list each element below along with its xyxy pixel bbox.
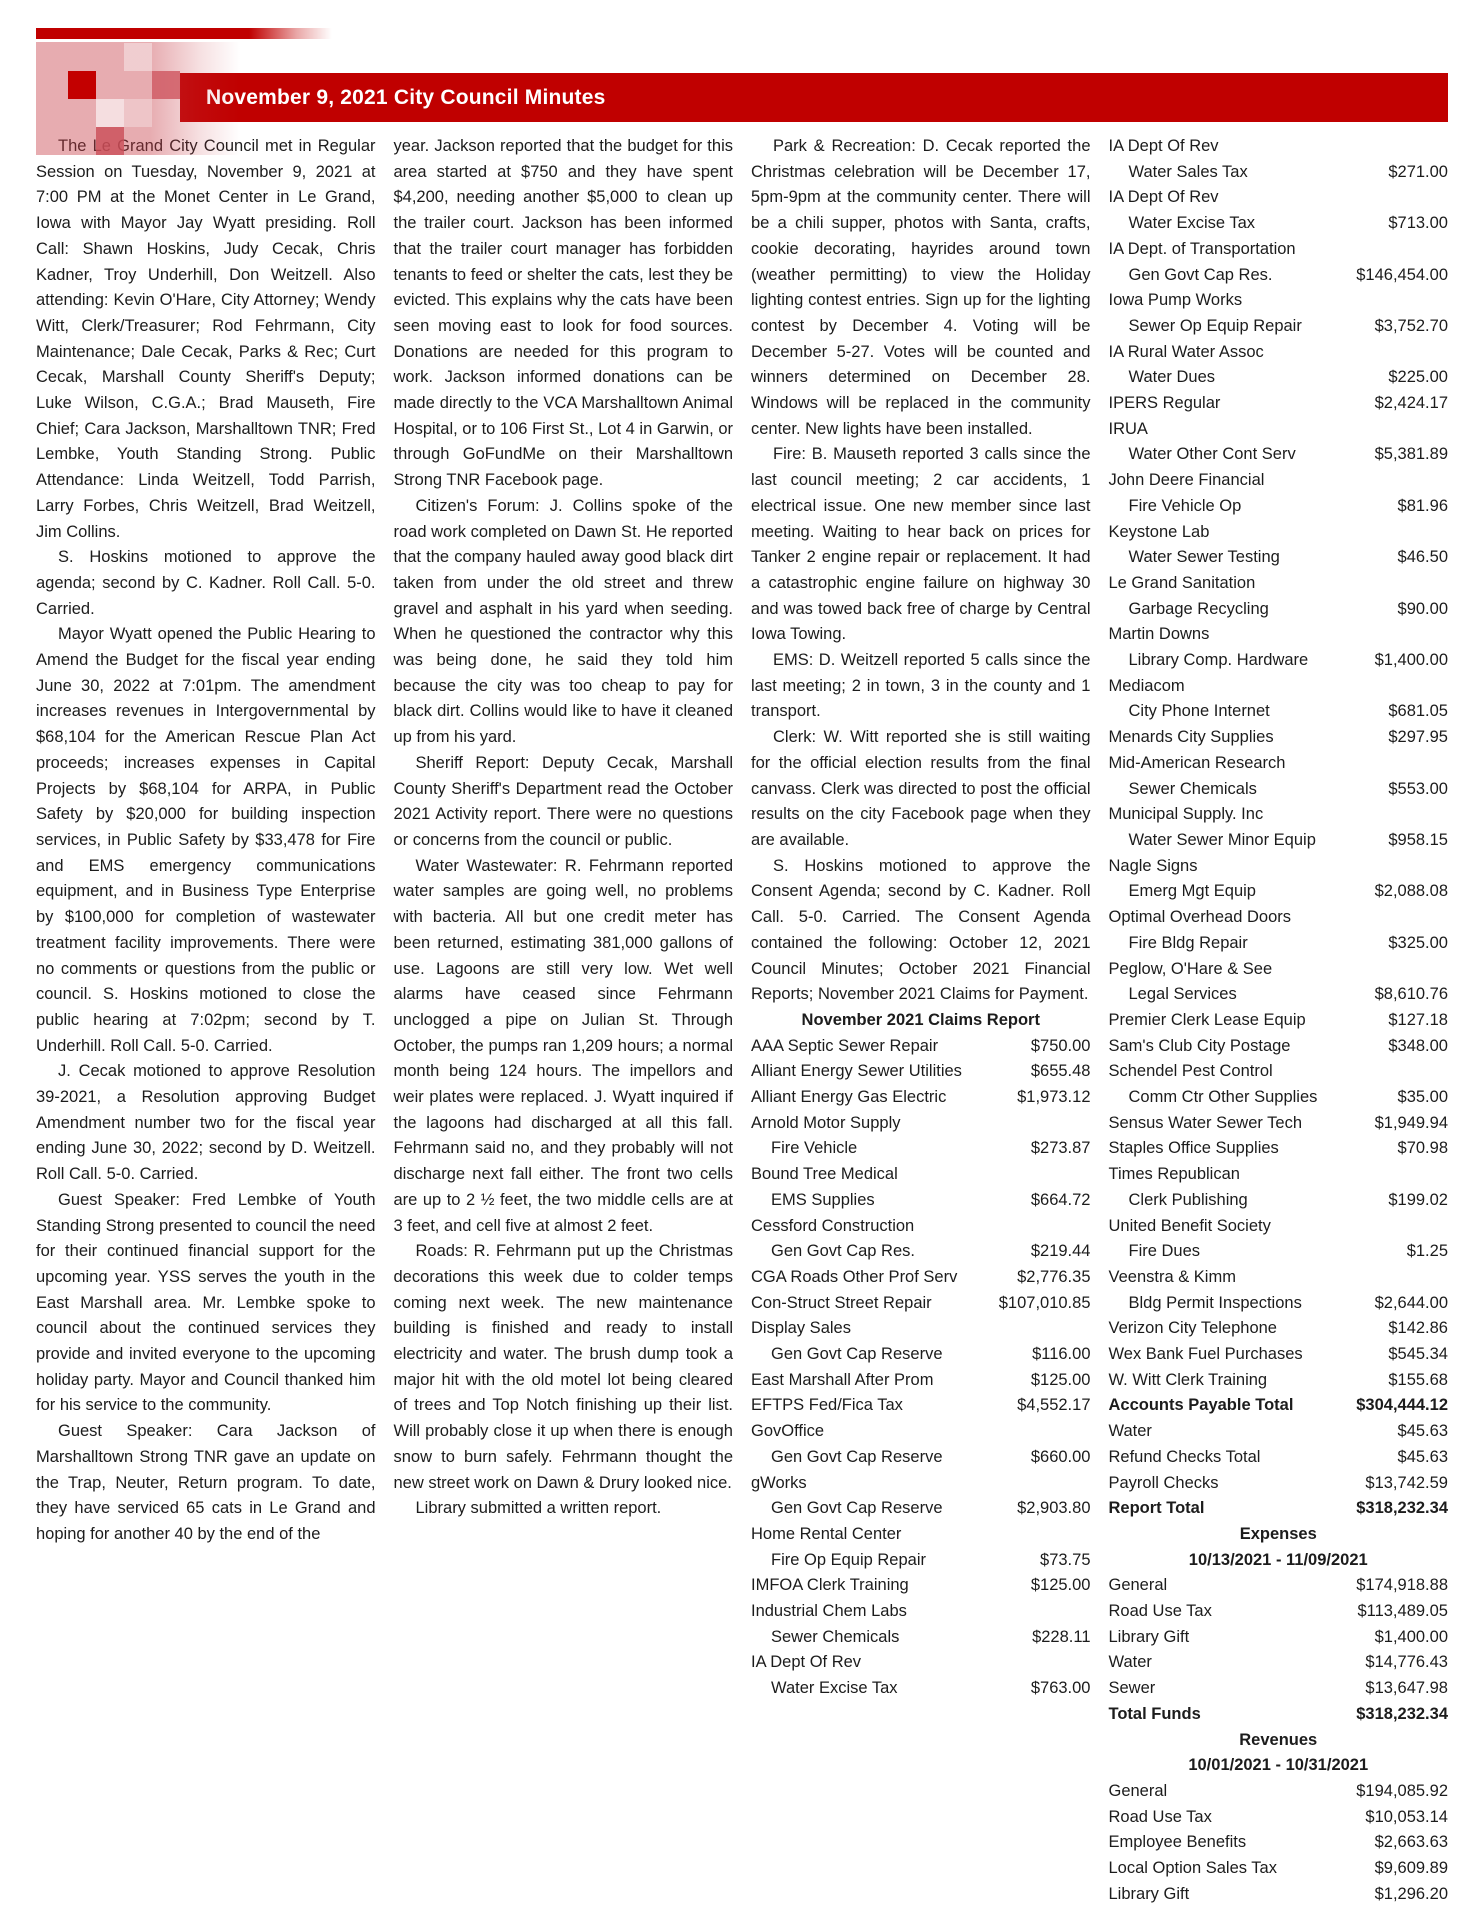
- claim-row: Optimal Overhead Doors: [1109, 905, 1449, 931]
- claim-amount: $3,752.70: [1375, 314, 1448, 340]
- minutes-paragraph: J. Cecak motioned to approve Resolution …: [36, 1059, 376, 1188]
- minutes-paragraph: Clerk: W. Witt reported she is still wai…: [751, 725, 1091, 854]
- claim-amount: $750.00: [1031, 1034, 1091, 1060]
- claim-label: City Phone Internet: [1109, 699, 1270, 725]
- claim-label: 10/01/2021 - 10/31/2021: [1188, 1753, 1368, 1779]
- claim-label: 10/13/2021 - 11/09/2021: [1189, 1548, 1368, 1574]
- claim-row: Menards City Supplies $297.95: [1109, 725, 1449, 751]
- claim-row: Refund Checks Total $45.63: [1109, 1445, 1449, 1471]
- claim-row: Fire Vehicle $273.87: [751, 1136, 1091, 1162]
- claim-amount: $325.00: [1388, 931, 1448, 957]
- claim-label: Gen Govt Cap Reserve: [751, 1445, 943, 1471]
- claim-amount: $116.00: [1032, 1342, 1090, 1368]
- claim-amount: $1,973.12: [1017, 1085, 1090, 1111]
- claim-label: Water: [1109, 1419, 1152, 1445]
- claim-label: gWorks: [751, 1471, 807, 1497]
- claim-amount: $70.98: [1398, 1136, 1448, 1162]
- claim-row: Gen Govt Cap Res. $219.44: [751, 1239, 1091, 1265]
- claim-amount: $1,949.94: [1375, 1111, 1448, 1137]
- claim-label: Water Sewer Testing: [1109, 545, 1280, 571]
- claim-label: Water Excise Tax: [751, 1676, 898, 1702]
- claim-row: IMFOA Clerk Training $125.00: [751, 1573, 1091, 1599]
- claim-row: IRUA: [1109, 417, 1449, 443]
- claim-row: Staples Office Supplies $70.98: [1109, 1136, 1449, 1162]
- masthead-banner: November 9, 2021 City Council Minutes: [180, 73, 1448, 122]
- claim-row: Water $45.63: [1109, 1419, 1449, 1445]
- claim-amount: $8,610.76: [1375, 982, 1448, 1008]
- claim-label: AAA Septic Sewer Repair: [751, 1034, 938, 1060]
- claim-label: Optimal Overhead Doors: [1109, 905, 1292, 931]
- newsletter-page: November 9, 2021 City Council Minutes Th…: [0, 0, 1484, 1920]
- minutes-paragraph: Roads: R. Fehrmann put up the Christmas …: [394, 1239, 734, 1496]
- claim-row: IA Dept. of Transportation: [1109, 237, 1449, 263]
- claim-label: Sewer: [1109, 1676, 1156, 1702]
- claim-label: Sewer Op Equip Repair: [1109, 314, 1302, 340]
- claim-label: Fire Bldg Repair: [1109, 931, 1248, 957]
- claim-amount: $304,444.12: [1356, 1393, 1448, 1419]
- claim-label: IA Dept Of Rev: [1109, 134, 1219, 160]
- claim-label: Martin Downs: [1109, 622, 1210, 648]
- claim-amount: $713.00: [1388, 211, 1448, 237]
- claim-amount: $2,776.35: [1017, 1265, 1090, 1291]
- claim-label: Road Use Tax: [1109, 1599, 1212, 1625]
- claim-amount: $1.25: [1407, 1239, 1448, 1265]
- claim-row: IA Dept Of Rev: [1109, 185, 1449, 211]
- claim-row: Gen Govt Cap Res. $146,454.00: [1109, 263, 1449, 289]
- claim-row: Sam's Club City Postage $348.00: [1109, 1034, 1449, 1060]
- claim-label: Road Use Tax: [1109, 1805, 1212, 1831]
- claim-row: Nagle Signs: [1109, 854, 1449, 880]
- claim-row: Water Excise Tax $713.00: [1109, 211, 1449, 237]
- claim-amount: $45.63: [1398, 1445, 1448, 1471]
- claim-label: General: [1109, 1573, 1168, 1599]
- claim-label: GovOffice: [751, 1419, 824, 1445]
- claim-label: Fire Vehicle Op: [1109, 494, 1242, 520]
- claim-amount: $14,776.43: [1365, 1650, 1448, 1676]
- claim-row: Wex Bank Fuel Purchases $545.34: [1109, 1342, 1449, 1368]
- claim-row: Clerk Publishing $199.02: [1109, 1188, 1449, 1214]
- claim-label: Veenstra & Kimm: [1109, 1265, 1236, 1291]
- claim-amount: $318,232.34: [1356, 1702, 1448, 1728]
- claim-amount: $4,552.17: [1017, 1393, 1090, 1419]
- claim-label: Le Grand Sanitation: [1109, 571, 1256, 597]
- claim-amount: $273.87: [1031, 1136, 1091, 1162]
- claim-amount: $194,085.92: [1356, 1779, 1448, 1805]
- claim-amount: $660.00: [1031, 1445, 1091, 1471]
- claim-row: Garbage Recycling $90.00: [1109, 597, 1449, 623]
- claim-row: Gen Govt Cap Reserve $116.00: [751, 1342, 1091, 1368]
- minutes-paragraph: Library submitted a written report.: [394, 1496, 734, 1522]
- claim-row: EFTPS Fed/Fica Tax $4,552.17: [751, 1393, 1091, 1419]
- claim-amount: $146,454.00: [1356, 263, 1448, 289]
- claim-amount: $10,053.14: [1365, 1805, 1448, 1831]
- claim-row: Total Funds $318,232.34: [1109, 1702, 1449, 1728]
- claim-amount: $2,088.08: [1375, 879, 1448, 905]
- claim-row: Le Grand Sanitation: [1109, 571, 1449, 597]
- claim-row: Sewer Chemicals $553.00: [1109, 777, 1449, 803]
- claim-row: AAA Septic Sewer Repair $750.00: [751, 1034, 1091, 1060]
- claim-amount: $73.75: [1040, 1548, 1090, 1574]
- claim-label: Refund Checks Total: [1109, 1445, 1261, 1471]
- minutes-paragraph: Sheriff Report: Deputy Cecak, Marshall C…: [394, 751, 734, 854]
- claim-label: CGA Roads Other Prof Serv: [751, 1265, 957, 1291]
- claim-row: gWorks: [751, 1471, 1091, 1497]
- claim-label: Keystone Lab: [1109, 520, 1210, 546]
- claim-label: Bound Tree Medical: [751, 1162, 898, 1188]
- claim-label: IA Dept Of Rev: [1109, 185, 1219, 211]
- masthead-top-strip: [36, 28, 332, 39]
- claim-label: IPERS Regular: [1109, 391, 1221, 417]
- claim-amount: $9,609.89: [1375, 1856, 1448, 1882]
- claim-label: Premier Clerk Lease Equip: [1109, 1008, 1306, 1034]
- claim-label: Sam's Club City Postage: [1109, 1034, 1291, 1060]
- claim-row: Library Gift $1,296.20: [1109, 1882, 1449, 1908]
- claim-label: Library Gift: [1109, 1625, 1190, 1651]
- claim-amount: $125.00: [1031, 1573, 1091, 1599]
- claim-label: Gen Govt Cap Res.: [751, 1239, 915, 1265]
- claim-amount: $35.00: [1398, 1085, 1448, 1111]
- claim-label: Local Option Sales Tax: [1109, 1856, 1277, 1882]
- claim-label: Bldg Permit Inspections: [1109, 1291, 1302, 1317]
- claim-row: Con-Struct Street Repair $107,010.85: [751, 1291, 1091, 1317]
- claim-amount: $655.48: [1031, 1059, 1091, 1085]
- claim-row: Fire Vehicle Op $81.96: [1109, 494, 1449, 520]
- claim-label: Alliant Energy Sewer Utilities: [751, 1059, 962, 1085]
- column-2: year. Jackson reported that the budget f…: [394, 134, 734, 1908]
- claim-label: Cessford Construction: [751, 1214, 914, 1240]
- claim-label: Fire Op Equip Repair: [751, 1548, 926, 1574]
- claim-amount: $228.11: [1032, 1625, 1090, 1651]
- claim-row: W. Witt Clerk Training $155.68: [1109, 1368, 1449, 1394]
- claim-row: IA Dept Of Rev: [1109, 134, 1449, 160]
- claim-label: Total Funds: [1109, 1702, 1201, 1728]
- claim-row: Fire Dues $1.25: [1109, 1239, 1449, 1265]
- claim-label: Water Other Cont Serv: [1109, 442, 1296, 468]
- claim-row: Accounts Payable Total $304,444.12: [1109, 1393, 1449, 1419]
- claim-row: East Marshall After Prom $125.00: [751, 1368, 1091, 1394]
- mosaic-square-pale: [96, 99, 124, 127]
- claim-row: Road Use Tax $10,053.14: [1109, 1805, 1449, 1831]
- claim-amount: $1,400.00: [1375, 1625, 1448, 1651]
- claim-label: Home Rental Center: [751, 1522, 901, 1548]
- minutes-paragraph: Water Wastewater: R. Fehrmann reported w…: [394, 854, 734, 1240]
- claim-amount: $113,489.05: [1357, 1599, 1448, 1625]
- claim-row: General $174,918.88: [1109, 1573, 1449, 1599]
- claim-row: Iowa Pump Works: [1109, 288, 1449, 314]
- minutes-paragraph: Citizen's Forum: J. Collins spoke of the…: [394, 494, 734, 751]
- claim-row: Library Gift $1,400.00: [1109, 1625, 1449, 1651]
- minutes-paragraph: Fire: B. Mauseth reported 3 calls since …: [751, 442, 1091, 648]
- claim-label: Sewer Chemicals: [751, 1625, 899, 1651]
- claim-label: Library Gift: [1109, 1882, 1190, 1908]
- claim-row: City Phone Internet $681.05: [1109, 699, 1449, 725]
- claim-label: Wex Bank Fuel Purchases: [1109, 1342, 1303, 1368]
- claim-row: Mid-American Research: [1109, 751, 1449, 777]
- claim-amount: $297.95: [1388, 725, 1448, 751]
- claim-amount: $348.00: [1388, 1034, 1448, 1060]
- claim-amount: $2,663.63: [1375, 1830, 1448, 1856]
- claim-row: Arnold Motor Supply: [751, 1111, 1091, 1137]
- claim-label: Library Comp. Hardware: [1109, 648, 1309, 674]
- claim-amount: $127.18: [1388, 1008, 1448, 1034]
- claim-label: IA Dept Of Rev: [751, 1650, 861, 1676]
- claim-row: Times Republican: [1109, 1162, 1449, 1188]
- claim-row: Home Rental Center: [751, 1522, 1091, 1548]
- column-3: Park & Recreation: D. Cecak reported the…: [751, 134, 1091, 1908]
- claim-row: Employee Benefits $2,663.63: [1109, 1830, 1449, 1856]
- claim-row: Sewer $13,647.98: [1109, 1676, 1449, 1702]
- claim-label: John Deere Financial: [1109, 468, 1265, 494]
- claim-amount: $5,381.89: [1375, 442, 1448, 468]
- claim-amount: $13,742.59: [1365, 1471, 1448, 1497]
- claim-amount: $107,010.85: [999, 1291, 1091, 1317]
- claim-row: Industrial Chem Labs: [751, 1599, 1091, 1625]
- claim-row: Schendel Pest Control: [1109, 1059, 1449, 1085]
- claim-label: W. Witt Clerk Training: [1109, 1368, 1268, 1394]
- claim-label: Arnold Motor Supply: [751, 1111, 901, 1137]
- claim-row: Martin Downs: [1109, 622, 1449, 648]
- claim-label: East Marshall After Prom: [751, 1368, 933, 1394]
- claim-row: Fire Op Equip Repair $73.75: [751, 1548, 1091, 1574]
- claim-amount: $2,424.17: [1375, 391, 1448, 417]
- claim-row: Revenues: [1109, 1728, 1449, 1754]
- claim-row: Sewer Chemicals $228.11: [751, 1625, 1091, 1651]
- claim-label: Revenues: [1239, 1728, 1317, 1754]
- claim-row: Fire Bldg Repair $325.00: [1109, 931, 1449, 957]
- claim-row: Water Sewer Testing $46.50: [1109, 545, 1449, 571]
- claim-label: Iowa Pump Works: [1109, 288, 1243, 314]
- claim-row: EMS Supplies $664.72: [751, 1188, 1091, 1214]
- claim-row: Bound Tree Medical: [751, 1162, 1091, 1188]
- minutes-body: The Le Grand City Council met in Regular…: [36, 134, 1448, 1908]
- claim-label: Emerg Mgt Equip: [1109, 879, 1256, 905]
- claim-label: Report Total: [1109, 1496, 1205, 1522]
- claim-label: Times Republican: [1109, 1162, 1240, 1188]
- mosaic-square-pale: [124, 99, 152, 127]
- claim-amount: $142.86: [1388, 1316, 1448, 1342]
- claim-amount: $545.34: [1388, 1342, 1448, 1368]
- claim-amount: $664.72: [1031, 1188, 1091, 1214]
- claim-amount: $199.02: [1388, 1188, 1448, 1214]
- claim-label: Display Sales: [751, 1316, 851, 1342]
- claim-label: Schendel Pest Control: [1109, 1059, 1273, 1085]
- minutes-paragraph: S. Hoskins motioned to approve the agend…: [36, 545, 376, 622]
- minutes-paragraph: Guest Speaker: Fred Lembke of Youth Stan…: [36, 1188, 376, 1419]
- claim-amount: $90.00: [1398, 597, 1448, 623]
- claim-label: Peglow, O'Hare & See: [1109, 957, 1273, 983]
- claim-label: Con-Struct Street Repair: [751, 1291, 932, 1317]
- claim-row: Water Other Cont Serv $5,381.89: [1109, 442, 1449, 468]
- claim-row: Verizon City Telephone $142.86: [1109, 1316, 1449, 1342]
- minutes-paragraph: year. Jackson reported that the budget f…: [394, 134, 734, 494]
- claim-label: Water Sales Tax: [1109, 160, 1248, 186]
- claim-row: United Benefit Society: [1109, 1214, 1449, 1240]
- claim-label: Gen Govt Cap Reserve: [751, 1342, 943, 1368]
- claim-label: Expenses: [1240, 1522, 1317, 1548]
- claim-label: Water Sewer Minor Equip: [1109, 828, 1316, 854]
- claim-amount: $1,400.00: [1375, 648, 1448, 674]
- claim-row: Municipal Supply. Inc: [1109, 802, 1449, 828]
- claim-row: John Deere Financial: [1109, 468, 1449, 494]
- claim-row: Mediacom: [1109, 674, 1449, 700]
- claim-row: Emerg Mgt Equip $2,088.08: [1109, 879, 1449, 905]
- claim-label: Garbage Recycling: [1109, 597, 1269, 623]
- column-4: IA Dept Of Rev Water Sales Tax $271.00 I…: [1109, 134, 1449, 1908]
- claim-label: Gen Govt Cap Res.: [1109, 263, 1273, 289]
- mosaic-square-pale: [124, 43, 152, 71]
- claim-label: Water: [1109, 1650, 1152, 1676]
- claim-row: Road Use Tax $113,489.05: [1109, 1599, 1449, 1625]
- page-title: November 9, 2021 City Council Minutes: [180, 86, 606, 110]
- claim-row: Water Excise Tax $763.00: [751, 1676, 1091, 1702]
- claim-amount: $174,918.88: [1356, 1573, 1448, 1599]
- claim-row: Water $14,776.43: [1109, 1650, 1449, 1676]
- mosaic-square-dark: [68, 71, 96, 99]
- claim-row: Cessford Construction: [751, 1214, 1091, 1240]
- claim-amount: $271.00: [1388, 160, 1448, 186]
- claim-label: Mid-American Research: [1109, 751, 1286, 777]
- claim-label: Fire Dues: [1109, 1239, 1201, 1265]
- claim-label: United Benefit Society: [1109, 1214, 1271, 1240]
- claim-label: Mediacom: [1109, 674, 1185, 700]
- claim-row: 10/01/2021 - 10/31/2021: [1109, 1753, 1449, 1779]
- claim-label: Clerk Publishing: [1109, 1188, 1248, 1214]
- claim-row: Sensus Water Sewer Tech $1,949.94: [1109, 1111, 1449, 1137]
- claim-label: Comm Ctr Other Supplies: [1109, 1085, 1318, 1111]
- claim-row: Expenses: [1109, 1522, 1449, 1548]
- claim-row: IA Dept Of Rev: [751, 1650, 1091, 1676]
- claim-amount: $681.05: [1388, 699, 1448, 725]
- claim-row: Report Total $318,232.34: [1109, 1496, 1449, 1522]
- claim-label: General: [1109, 1779, 1168, 1805]
- claim-row: GovOffice: [751, 1419, 1091, 1445]
- claim-row: Bldg Permit Inspections $2,644.00: [1109, 1291, 1449, 1317]
- claim-label: Water Dues: [1109, 365, 1216, 391]
- claim-label: EFTPS Fed/Fica Tax: [751, 1393, 903, 1419]
- claim-row: Legal Services $8,610.76: [1109, 982, 1449, 1008]
- claim-label: Gen Govt Cap Reserve: [751, 1496, 943, 1522]
- claim-amount: $219.44: [1031, 1239, 1091, 1265]
- claim-row: General $194,085.92: [1109, 1779, 1449, 1805]
- claim-row: Alliant Energy Sewer Utilities $655.48: [751, 1059, 1091, 1085]
- mosaic-square-medium: [96, 127, 124, 155]
- claim-row: Premier Clerk Lease Equip $127.18: [1109, 1008, 1449, 1034]
- claim-row: Water Sales Tax $271.00: [1109, 160, 1449, 186]
- claim-label: Menards City Supplies: [1109, 725, 1274, 751]
- claim-amount: $2,644.00: [1375, 1291, 1448, 1317]
- claim-row: Local Option Sales Tax $9,609.89: [1109, 1856, 1449, 1882]
- claim-row: Sewer Op Equip Repair $3,752.70: [1109, 314, 1449, 340]
- claim-row: Water Sewer Minor Equip $958.15: [1109, 828, 1449, 854]
- claim-row: Veenstra & Kimm: [1109, 1265, 1449, 1291]
- claim-label: IA Dept. of Transportation: [1109, 237, 1296, 263]
- claims-list-part1: AAA Septic Sewer Repair $750.00 Alliant …: [751, 1034, 1091, 1702]
- column-1: The Le Grand City Council met in Regular…: [36, 134, 376, 1908]
- claims-list-part2: IA Dept Of Rev Water Sales Tax $271.00 I…: [1109, 134, 1449, 1908]
- claim-amount: $125.00: [1031, 1368, 1091, 1394]
- claim-amount: $46.50: [1398, 545, 1448, 571]
- claim-row: 10/13/2021 - 11/09/2021: [1109, 1548, 1449, 1574]
- claim-label: IA Rural Water Assoc: [1109, 340, 1264, 366]
- claim-label: Fire Vehicle: [751, 1136, 857, 1162]
- claim-label: IRUA: [1109, 417, 1148, 443]
- claim-amount: $45.63: [1398, 1419, 1448, 1445]
- claim-row: IA Rural Water Assoc: [1109, 340, 1449, 366]
- claim-label: Sewer Chemicals: [1109, 777, 1257, 803]
- mosaic-square-salmon: [152, 71, 180, 99]
- claim-amount: $763.00: [1031, 1676, 1091, 1702]
- claim-label: Employee Benefits: [1109, 1830, 1247, 1856]
- claim-row: CGA Roads Other Prof Serv $2,776.35: [751, 1265, 1091, 1291]
- claim-row: Comm Ctr Other Supplies $35.00: [1109, 1085, 1449, 1111]
- claims-report-title: November 2021 Claims Report: [751, 1008, 1091, 1034]
- claim-label: Legal Services: [1109, 982, 1237, 1008]
- claim-row: Display Sales: [751, 1316, 1091, 1342]
- claim-row: Gen Govt Cap Reserve $660.00: [751, 1445, 1091, 1471]
- claim-label: Staples Office Supplies: [1109, 1136, 1279, 1162]
- claim-label: Sensus Water Sewer Tech: [1109, 1111, 1303, 1137]
- claim-label: Verizon City Telephone: [1109, 1316, 1277, 1342]
- claim-row: Library Comp. Hardware $1,400.00: [1109, 648, 1449, 674]
- claim-row: Payroll Checks $13,742.59: [1109, 1471, 1449, 1497]
- claim-amount: $1,296.20: [1375, 1882, 1448, 1908]
- claim-row: Gen Govt Cap Reserve $2,903.80: [751, 1496, 1091, 1522]
- claim-label: EMS Supplies: [751, 1188, 875, 1214]
- claim-amount: $225.00: [1388, 365, 1448, 391]
- claim-label: Municipal Supply. Inc: [1109, 802, 1264, 828]
- claim-label: Accounts Payable Total: [1109, 1393, 1294, 1419]
- claim-label: Payroll Checks: [1109, 1471, 1219, 1497]
- claim-row: Peglow, O'Hare & See: [1109, 957, 1449, 983]
- claim-label: IMFOA Clerk Training: [751, 1573, 909, 1599]
- claim-label: Alliant Energy Gas Electric: [751, 1085, 946, 1111]
- claim-amount: $155.68: [1388, 1368, 1448, 1394]
- claim-amount: $958.15: [1388, 828, 1448, 854]
- claim-amount: $13,647.98: [1365, 1676, 1448, 1702]
- claim-amount: $2,903.80: [1017, 1496, 1090, 1522]
- claim-label: Water Excise Tax: [1109, 211, 1256, 237]
- claim-row: IPERS Regular $2,424.17: [1109, 391, 1449, 417]
- minutes-paragraph: S. Hoskins motioned to approve the Conse…: [751, 854, 1091, 1008]
- minutes-paragraph: Park & Recreation: D. Cecak reported the…: [751, 134, 1091, 442]
- claim-label: Industrial Chem Labs: [751, 1599, 907, 1625]
- claim-amount: $318,232.34: [1356, 1496, 1448, 1522]
- claim-label: Nagle Signs: [1109, 854, 1198, 880]
- minutes-paragraph: The Le Grand City Council met in Regular…: [36, 134, 376, 545]
- claim-amount: $553.00: [1388, 777, 1448, 803]
- column-3-paragraphs: Park & Recreation: D. Cecak reported the…: [751, 134, 1091, 1008]
- minutes-paragraph: Mayor Wyatt opened the Public Hearing to…: [36, 622, 376, 1059]
- claim-amount: $81.96: [1398, 494, 1448, 520]
- minutes-paragraph: EMS: D. Weitzell reported 5 calls since …: [751, 648, 1091, 725]
- claim-row: Water Dues $225.00: [1109, 365, 1449, 391]
- claim-row: Keystone Lab: [1109, 520, 1449, 546]
- minutes-paragraph: Guest Speaker: Cara Jackson of Marshallt…: [36, 1419, 376, 1548]
- claim-row: Alliant Energy Gas Electric $1,973.12: [751, 1085, 1091, 1111]
